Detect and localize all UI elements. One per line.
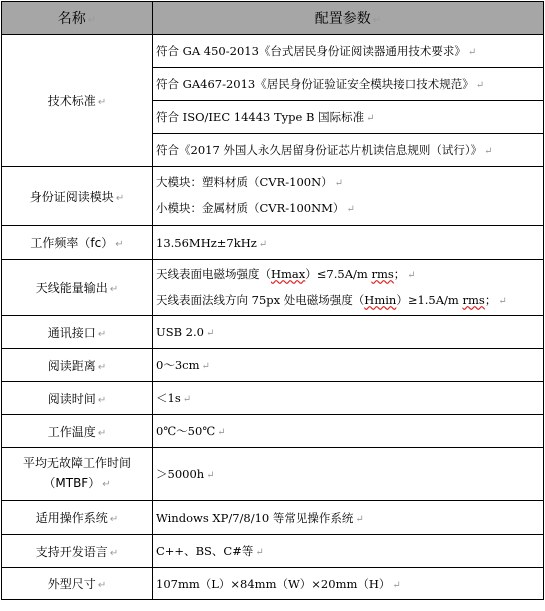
table-row: 外型尺寸↵ 107mm（L）×84mm（W）×20mm（H）↵ (2, 568, 544, 600)
row-name-time: 阅读时间↵ (2, 382, 153, 415)
table-row: 支持开发语言↵ C++、BS、C#等↵ (2, 535, 544, 568)
row-value: Windows XP/7/8/10 等常见操作系统↵ (153, 501, 544, 535)
row-name-standard: 技术标准↵ (2, 35, 153, 167)
row-value: ＞5000h↵ (153, 448, 544, 501)
row-value: 符合《2017 外国人永久居留身份证芯片机读信息规则（试行）》↵ (153, 134, 544, 167)
row-name-interface: 通讯接口↵ (2, 316, 153, 349)
row-value: 107mm（L）×84mm（W）×20mm（H）↵ (153, 568, 544, 600)
row-value: 0℃～50℃↵ (153, 415, 544, 448)
row-value: 天线表面电磁场强度（Hmax）≤7.5A/m rms；↵ 天线表面法线方向 75… (153, 260, 544, 316)
row-name-mtbf: 平均无故障工作时间 （MTBF）↵ (2, 448, 153, 501)
row-value: 符合 GA 450-2013《台式居民身份证阅读器通用技术要求》↵ (153, 35, 544, 68)
table-row: 平均无故障工作时间 （MTBF）↵ ＞5000h↵ (2, 448, 544, 501)
row-name-distance: 阅读距离↵ (2, 349, 153, 382)
row-name-module: 身份证阅读模块↵ (2, 167, 153, 226)
table-row: 技术标准↵ 符合 GA 450-2013《台式居民身份证阅读器通用技术要求》↵ (2, 35, 544, 68)
row-name-size: 外型尺寸↵ (2, 568, 153, 600)
row-value: 13.56MHz±7kHz↵ (153, 226, 544, 260)
row-value: 符合 ISO/IEC 14443 Type B 国际标准↵ (153, 101, 544, 134)
table-row: 工作频率（fc）↵ 13.56MHz±7kHz↵ (2, 226, 544, 260)
table-row: 通讯接口↵ USB 2.0↵ (2, 316, 544, 349)
table-row: 天线能量输出↵ 天线表面电磁场强度（Hmax）≤7.5A/m rms；↵ 天线表… (2, 260, 544, 316)
row-value: 0～3cm↵ (153, 349, 544, 382)
header-value: 配置参数↵ (153, 2, 544, 35)
row-name-freq: 工作频率（fc）↵ (2, 226, 153, 260)
table-row: 阅读时间↵ ＜1s↵ (2, 382, 544, 415)
row-name-lang: 支持开发语言↵ (2, 535, 153, 568)
header-row: 名称↵ 配置参数↵ (2, 2, 544, 35)
row-value: 大模块：塑料材质（CVR-100N）↵ 小模块：金属材质（CVR-100NM）↵ (153, 167, 544, 226)
row-value: C++、BS、C#等↵ (153, 535, 544, 568)
row-value: 符合 GA467-2013《居民身份证验证安全模块接口技术规范》↵ (153, 68, 544, 101)
table-row: 阅读距离↵ 0～3cm↵ (2, 349, 544, 382)
table-row: 适用操作系统↵ Windows XP/7/8/10 等常见操作系统↵ (2, 501, 544, 535)
spec-table: 名称↵ 配置参数↵ 技术标准↵ 符合 GA 450-2013《台式居民身份证阅读… (1, 1, 544, 600)
row-name-os: 适用操作系统↵ (2, 501, 153, 535)
row-value: ＜1s↵ (153, 382, 544, 415)
row-name-temp: 工作温度↵ (2, 415, 153, 448)
header-name: 名称↵ (2, 2, 153, 35)
table-row: 工作温度↵ 0℃～50℃↵ (2, 415, 544, 448)
row-name-antenna: 天线能量输出↵ (2, 260, 153, 316)
table-row: 身份证阅读模块↵ 大模块：塑料材质（CVR-100N）↵ 小模块：金属材质（CV… (2, 167, 544, 226)
row-value: USB 2.0↵ (153, 316, 544, 349)
